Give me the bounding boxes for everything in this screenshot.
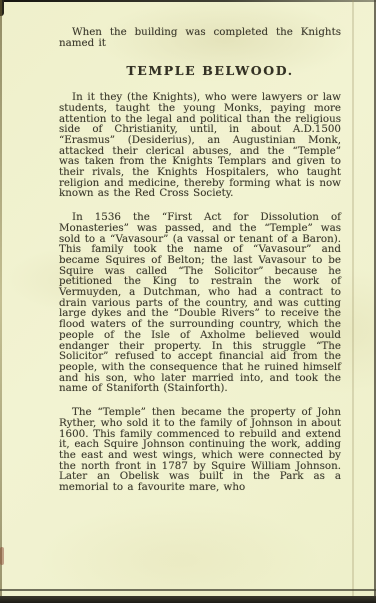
page-bottom-edge-line <box>0 589 376 591</box>
paper-stain <box>0 547 4 565</box>
paragraph-dissolution: In 1536 the “First Act for Dissolution o… <box>59 212 341 394</box>
chapter-heading: TEMPLE BELWOOD. <box>79 66 341 77</box>
book-page: When the building was completed the Knig… <box>0 0 376 603</box>
paragraph-knights: In it they (the Knights), who were lawye… <box>59 92 341 199</box>
intro-paragraph: When the building was completed the Knig… <box>59 27 341 48</box>
paragraph-johnson: The “Temple” then became the property of… <box>59 407 341 493</box>
page-left-edge <box>0 0 2 603</box>
page-top-edge <box>0 0 376 2</box>
page-bottom-shadow <box>0 596 376 603</box>
page-right-fold-shadow <box>352 0 354 603</box>
page-text-block: When the building was completed the Knig… <box>59 27 341 506</box>
